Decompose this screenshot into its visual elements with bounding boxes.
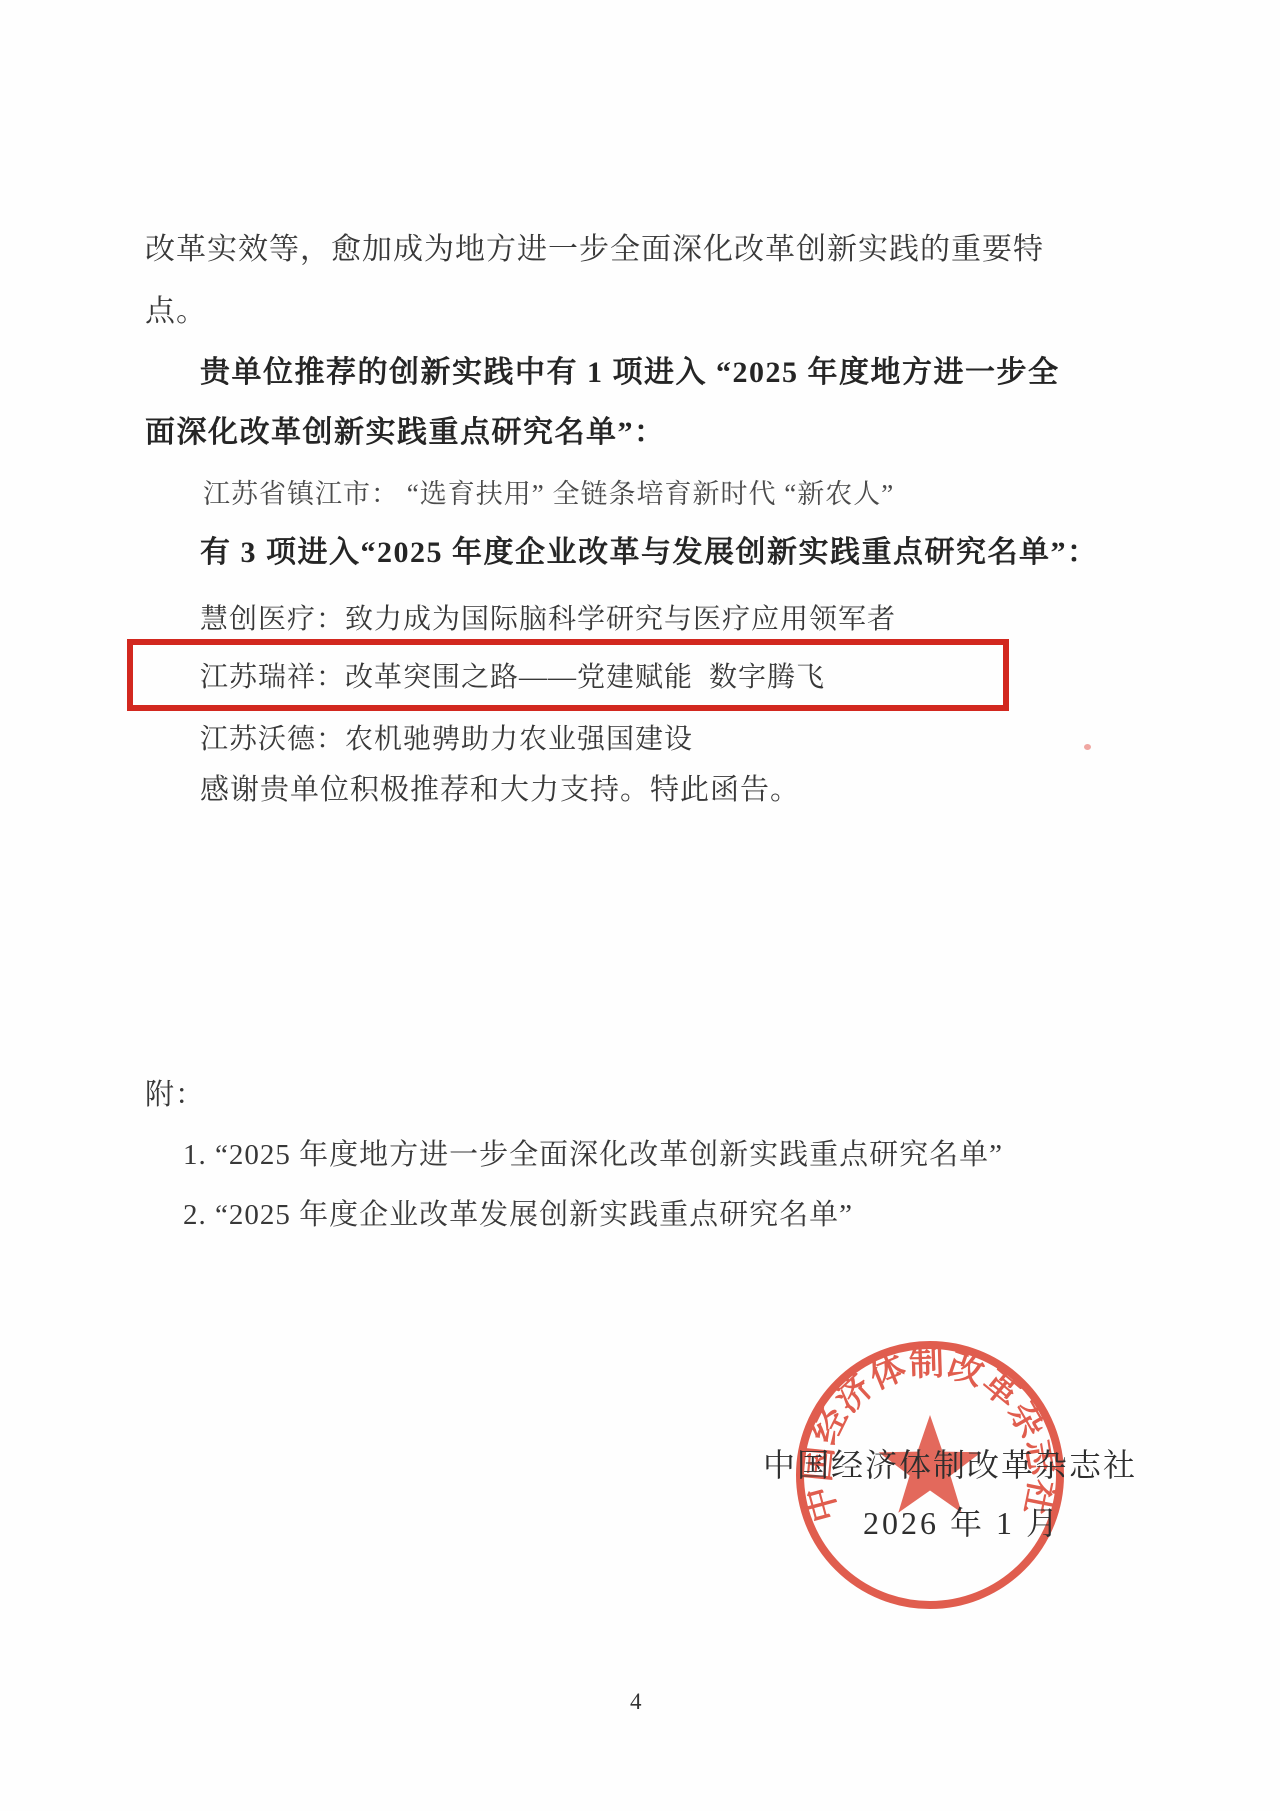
intro-line-2: 点。 (145, 294, 207, 330)
thanks-line: 感谢贵单位积极推荐和大力支持。特此函告。 (200, 773, 800, 808)
enterprise-item-huichuang: 慧创医疗：致力成为国际脑科学研究与医疗应用领军者 (200, 603, 896, 637)
local-list-heading-line-2: 面深化改革创新实践重点研究名单”： (145, 415, 666, 451)
page-number: 4 (630, 1688, 642, 1716)
enterprise-list-heading: 有 3 项进入“2025 年度企业改革与发展创新实践重点研究名单”： (200, 535, 1099, 571)
local-list-heading-line-1: 贵单位推荐的创新实践中有 1 项进入 “2025 年度地方进一步全 (200, 355, 1060, 391)
attachment-label: 附： (145, 1078, 205, 1113)
intro-line-1: 改革实效等，愈加成为地方进一步全面深化改革创新实践的重要特 (145, 232, 1044, 268)
local-list-item: 江苏省镇江市： “选育扶用” 全链条培育新时代 “新农人” (203, 478, 894, 510)
attachment-item-1: 1. “2025 年度地方进一步全面深化改革创新实践重点研究名单” (183, 1138, 1003, 1173)
enterprise-item-ruixiang: 江苏瑞祥：改革突围之路——党建赋能 数字腾飞 (200, 661, 825, 695)
enterprise-item-wode: 江苏沃德：农机驰骋助力农业强国建设 (200, 723, 693, 757)
red-stray-dot (1084, 744, 1091, 750)
attachment-item-2: 2. “2025 年度企业改革发展创新实践重点研究名单” (183, 1198, 853, 1233)
signature-organization: 中国经济体制改革杂志社 (763, 1446, 1137, 1484)
scanned-letter-page: 改革实效等，愈加成为地方进一步全面深化改革创新实践的重要特 点。 贵单位推荐的创… (0, 0, 1280, 1811)
signature-date: 2026 年 1 月 (863, 1504, 1061, 1542)
